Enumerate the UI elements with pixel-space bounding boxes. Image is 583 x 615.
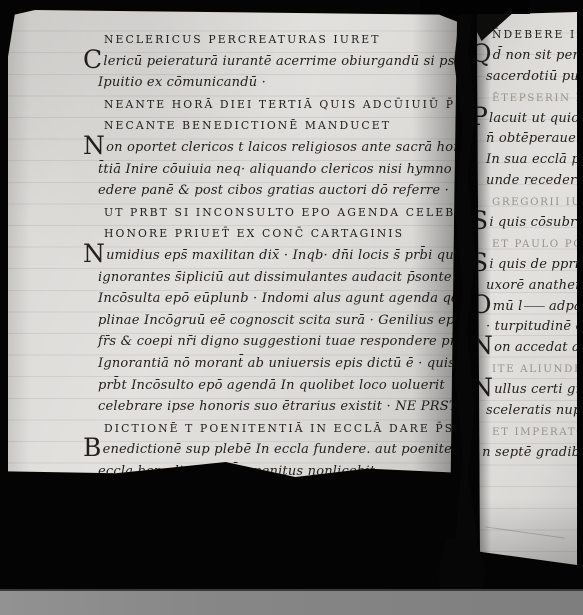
manuscript-photo: NECLERICUS PERCREATURAS IURETClericū pei… <box>0 0 583 615</box>
manuscript-line: DICTIONĒ T POENITENTIĀ IN ECCLĀ DARE P̄S… <box>98 418 454 440</box>
manuscript-line: fr̄s & coepi nr̄i digno suggestioni tuae… <box>98 331 454 353</box>
manuscript-line: edere panē & post cibos gratias auctori … <box>98 180 454 202</box>
gutter-shadow-foot <box>438 538 486 594</box>
manuscript-line: NECLERICUS PERCREATURAS IURET <box>98 29 454 51</box>
manuscript-line: ignorantes s̄ipliciū aut dissimulantes a… <box>98 267 454 289</box>
manuscript-line: HONORE PRIUET̄ EX CONC̄ CARTAGINIS <box>98 223 454 245</box>
manuscript-line: Benedictionē sup plebē In eccla fundere.… <box>98 439 454 461</box>
manuscript-line: Nullus certi grad <box>486 380 577 401</box>
left-page-text: NECLERICUS PERCREATURAS IURETClericū pei… <box>98 29 454 477</box>
manuscript-line: Omū l⸺ adpa <box>486 297 577 318</box>
manuscript-line: ITE ALIUNDE <box>486 359 577 380</box>
scanner-bed-bar <box>0 589 583 615</box>
manuscript-line: Incōsulta epō eūplunb · Indomi alus agun… <box>98 288 454 310</box>
manuscript-line: t̄tiā Inire cōuiuia neq· aliquando cleri… <box>98 159 454 181</box>
manuscript-line: Numidius eps̄ maxilitan dix̄ · Inqb· dn̄… <box>98 245 454 267</box>
manuscript-line: UT PRBT SI INCONSULTO EPO AGENDA CELEBRA… <box>98 202 454 224</box>
manuscript-line: Ignorantiā nō morant̄ ab uniuersis epis … <box>98 353 454 375</box>
parchment-crease <box>485 526 564 538</box>
manuscript-line: Non accedat ad <box>486 338 577 359</box>
manuscript-line: ĒTEPSERIN NE <box>486 88 577 109</box>
manuscript-line: Clericū peieraturā iurantē acerrime obiu… <box>98 51 454 73</box>
manuscript-line: In sua ecclā pmou <box>486 150 577 171</box>
manuscript-line: · turpitudinē et <box>486 317 577 338</box>
manuscript-line: n̄ obtēperauerin <box>486 129 577 150</box>
manuscript-line: Placuit ut quicū <box>486 109 577 130</box>
right-page-text: N̄DEBERE INIUQd̄ non sit permittsacerdot… <box>486 25 577 464</box>
manuscript-line: Si quis de ppria c <box>486 255 577 276</box>
manuscript-line: celebrare ipse honoris suo ētrarius exis… <box>98 396 454 418</box>
manuscript-line: Ipuitio ex cōmunicandū · <box>98 72 454 94</box>
manuscript-line: plinae Incōgruū eē cognoscit scita surā … <box>98 310 454 332</box>
manuscript-line: sacerdotiū puehe <box>486 67 577 88</box>
manuscript-line: Qd̄ non sit permitt <box>486 46 577 67</box>
manuscript-line: Si quis cōsubrinā d <box>486 213 577 234</box>
manuscript-line: NEANTE HORĀ DIEI TERTIĀ QUIS ADCŪIUIŪ P̄… <box>98 94 454 116</box>
manuscript-line: In septē gradib· <box>486 443 577 464</box>
manuscript-line: ET PAULO POST <box>486 234 577 255</box>
manuscript-line: N̄DEBERE INIU <box>486 25 577 46</box>
manuscript-line: uxorē anathem <box>486 276 577 297</box>
manuscript-line: GREGORII IUN <box>486 192 577 213</box>
gutter-shadow <box>452 6 479 566</box>
manuscript-line: sceleratis nuptu <box>486 401 577 422</box>
manuscript-line: prb̄t Incōsulto epō agendā In quolibet l… <box>98 375 454 397</box>
manuscript-line: ET IMPERATO <box>486 422 577 443</box>
manuscript-line: unde recedere u <box>486 171 577 192</box>
right-page: N̄DEBERE INIUQd̄ non sit permittsacerdot… <box>477 12 577 565</box>
manuscript-line: NECANTE BENEDICTIONĒ MANDUCET <box>98 115 454 137</box>
manuscript-line: Non oportet clericos t laicos religiosos… <box>98 137 454 159</box>
top-edge-shadow <box>420 0 530 14</box>
left-page: NECLERICUS PERCREATURAS IURETClericū pei… <box>8 10 457 477</box>
manuscript-line: eccla benedicere prb̄o penitus nonlicebi… <box>98 461 454 477</box>
parchment-crease <box>10 10 46 19</box>
